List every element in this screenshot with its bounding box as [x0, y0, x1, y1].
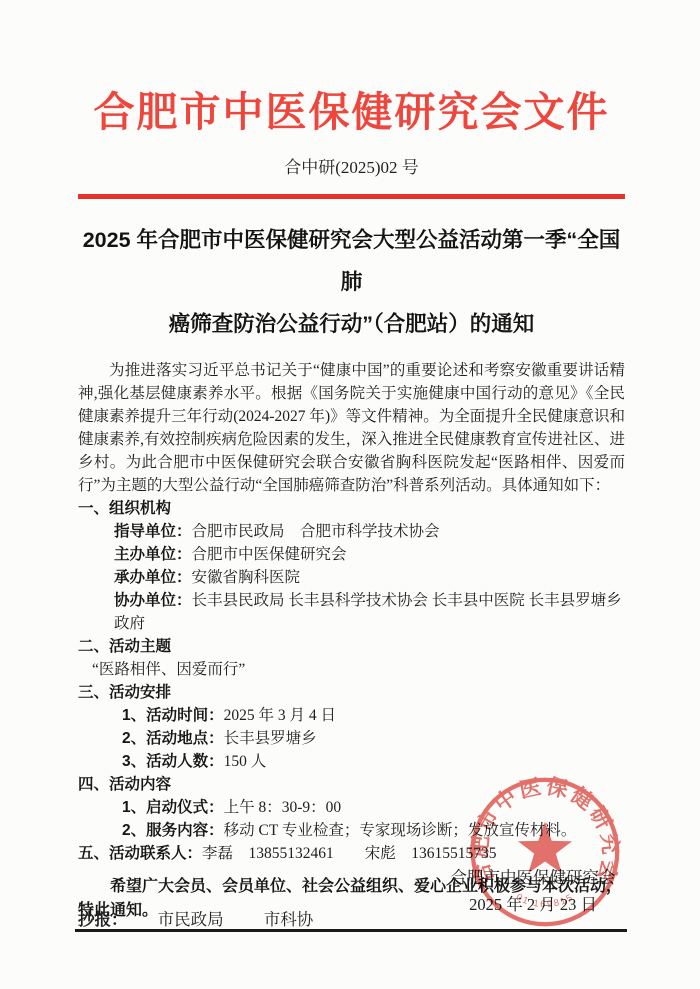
document-page: 合肥市中医保健研究会文件 合中研(2025)02 号 2025 年合肥市中医保健… [0, 0, 700, 989]
notice-title: 2025 年合肥市中医保健研究会大型公益活动第一季“全国肺 癌筛查防治公益行动”… [78, 219, 625, 345]
item-label: 1、活动时间： [122, 707, 224, 724]
item-service-content: 2、服务内容：移动 CT 专业检查；专家现场诊断；发放宣传材料。 [122, 819, 625, 842]
unit-row-co-organizer: 协办单位：长丰县民政局 长丰县科学技术协会 长丰县中医院 长丰县罗塘乡政府 [114, 589, 625, 635]
item-label: 2、活动地点： [122, 730, 224, 747]
document-content: 合肥市中医保健研究会文件 合中研(2025)02 号 2025 年合肥市中医保健… [0, 0, 700, 923]
signature-date: 2025 年 2 月 23 日 [423, 891, 643, 918]
item-activity-place: 2、活动地点：长丰县罗塘乡 [122, 727, 625, 750]
unit-value: 合肥市中医保健研究会 [192, 546, 347, 563]
section-5-heading: 五、活动联系人：李磊 13855132461 宋彪 13615515735 [78, 842, 625, 865]
item-label: 2、服务内容： [122, 822, 224, 839]
contacts-value: 李磊 13855132461 宋彪 13615515735 [202, 845, 497, 862]
section-4-heading: 四、活动内容 [78, 773, 625, 796]
activity-theme: “医路相伴、因爱而行” [92, 658, 625, 681]
notice-title-line1: 2025 年合肥市中医保健研究会大型公益活动第一季“全国肺 [78, 219, 625, 303]
signature-block: 合肥市中医保健研究会 2025 年 2 月 23 日 [423, 864, 643, 918]
unit-row-host: 主办单位：合肥市中医保健研究会 [114, 543, 625, 566]
section-2-heading: 二、活动主题 [78, 635, 625, 658]
item-value: 2025 年 3 月 4 日 [224, 707, 336, 724]
item-value: 长丰县罗塘乡 [224, 730, 317, 747]
unit-row-guidance: 指导单位：合肥市民政局 合肥市科学技术协会 [114, 520, 625, 543]
item-value: 移动 CT 专业检查；专家现场诊断；发放宣传材料。 [224, 822, 577, 839]
signature-organization: 合肥市中医保健研究会 [423, 864, 643, 891]
copy-report-label: 抄报： [78, 911, 128, 929]
copy-report-recipient-1: 市民政局 [158, 910, 224, 929]
unit-row-organizer: 承办单位：安徽省胸科医院 [114, 566, 625, 589]
section-1-heading: 一、组织机构 [78, 497, 625, 520]
doc-number: 合中研(2025)02 号 [78, 153, 625, 178]
item-value: 上午 8：30-9：00 [224, 799, 342, 816]
unit-value: 合肥市民政局 合肥市科学技术协会 [192, 523, 440, 540]
item-value: 150 人 [224, 753, 267, 770]
unit-value: 安徽省胸科医院 [192, 569, 301, 586]
contacts-label: 五、活动联系人： [78, 845, 202, 862]
footer-divider-rule [75, 929, 627, 932]
item-activity-headcount: 3、活动人数：150 人 [122, 750, 625, 773]
unit-label: 指导单位： [114, 523, 192, 540]
unit-label: 承办单位： [114, 569, 192, 586]
item-activity-time: 1、活动时间：2025 年 3 月 4 日 [122, 704, 625, 727]
item-label: 1、启动仪式： [122, 799, 224, 816]
section-3-heading: 三、活动安排 [78, 681, 625, 704]
copy-report-recipient-2: 市科协 [264, 910, 314, 929]
copy-report-row: 抄报： 市民政局 市科协 [78, 906, 313, 930]
unit-label: 协办单位： [114, 592, 192, 609]
notice-title-line2: 癌筛查防治公益行动”（合肥站）的通知 [78, 303, 625, 345]
item-launch-ceremony: 1、启动仪式：上午 8：30-9：00 [122, 796, 625, 819]
intro-paragraph: 为推进落实习近平总书记关于“健康中国”的重要论述和考察安徽重要讲话精神,强化基层… [78, 359, 625, 497]
red-divider-rule [78, 194, 625, 199]
red-header-title: 合肥市中医保健研究会文件 [78, 86, 625, 139]
item-label: 3、活动人数： [122, 753, 224, 770]
unit-label: 主办单位： [114, 546, 192, 563]
